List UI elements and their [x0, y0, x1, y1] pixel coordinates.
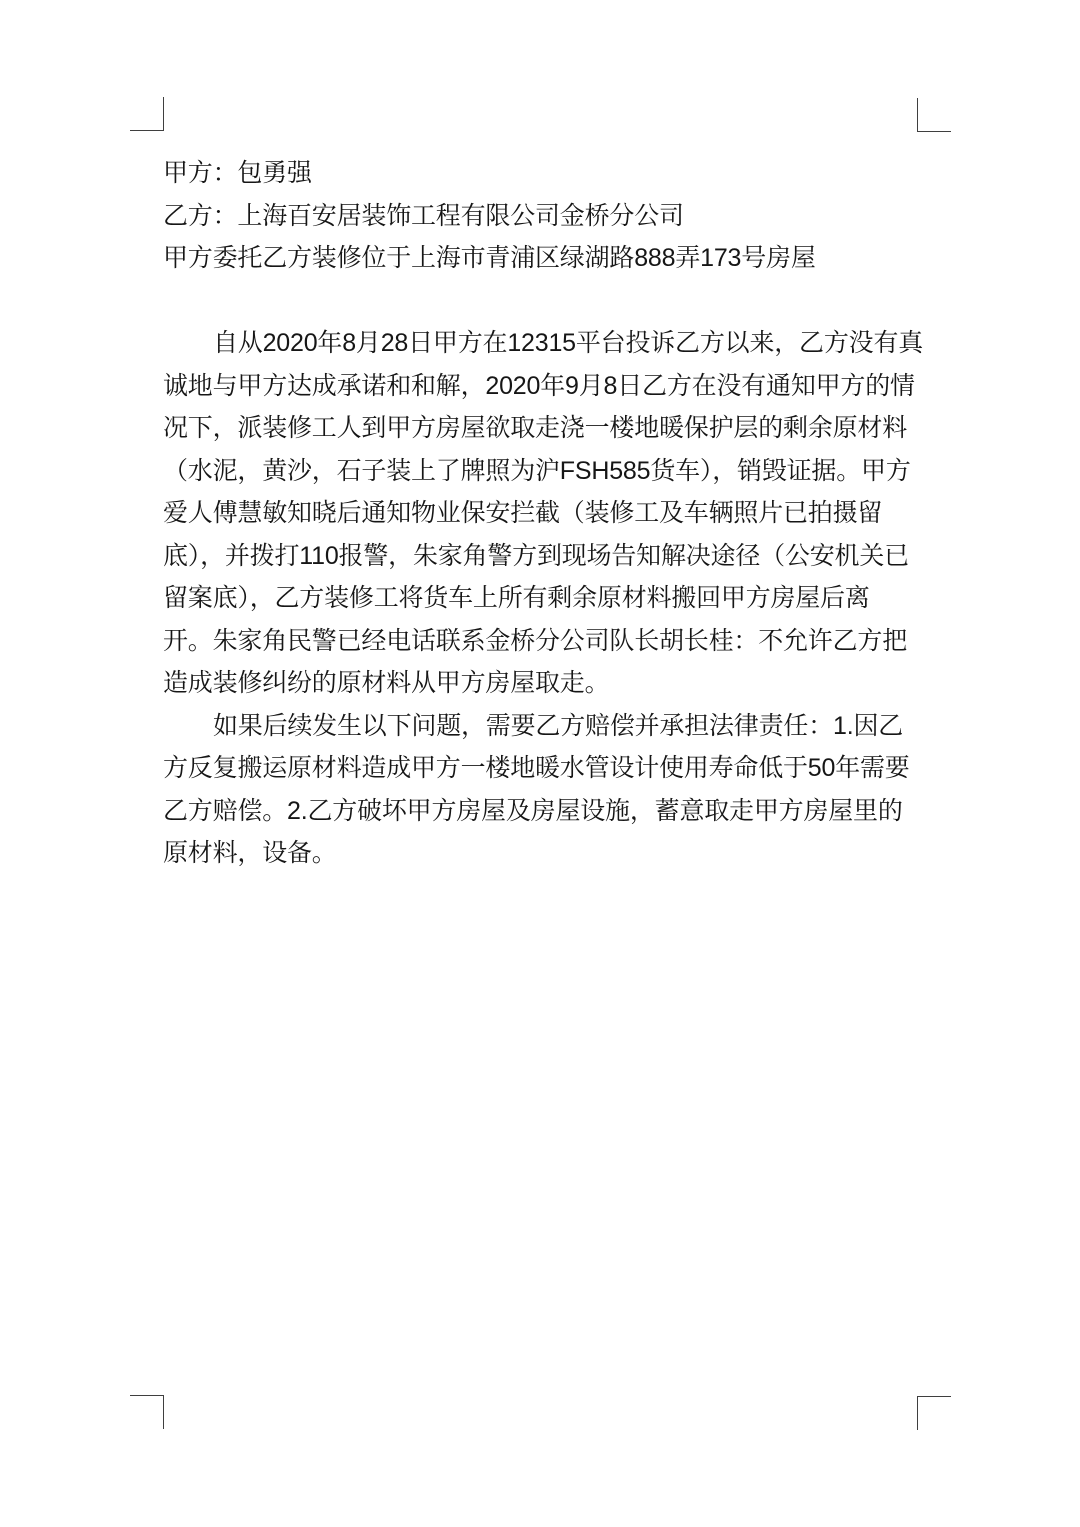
text-line: 开。朱家角民警已经电话联系金桥分公司队长胡长桂：不允许乙方把	[163, 620, 963, 663]
text-line: 底），并拨打110报警，朱家角警方到现场告知解决途径（公安机关已	[163, 535, 963, 578]
header-line: 甲方委托乙方装修位于上海市青浦区绿湖路888弄173号房屋	[163, 237, 963, 280]
header-line: 乙方：上海百安居装饰工程有限公司金桥分公司	[163, 195, 963, 238]
text-line: 诚地与甲方达成承诺和和解，2020年9月8日乙方在没有通知甲方的情	[163, 365, 963, 408]
document-text: 甲方：包勇强乙方：上海百安居装饰工程有限公司金桥分公司甲方委托乙方装修位于上海市…	[163, 152, 963, 875]
crop-mark-bottom-right-icon	[917, 1396, 951, 1430]
text-line: 原材料，设备。	[163, 832, 963, 875]
text-line: （水泥，黄沙，石子装上了牌照为沪FSH585货车），销毁证据。甲方	[163, 450, 963, 493]
blank-line	[163, 280, 963, 323]
text-line: 造成装修纠纷的原材料从甲方房屋取走。	[163, 662, 963, 705]
text-line: 乙方赔偿。2.乙方破坏甲方房屋及房屋设施，蓄意取走甲方房屋里的	[163, 790, 963, 833]
document-page: { "page": { "background_color": "#ffffff…	[0, 0, 1080, 1527]
paragraph: 如果后续发生以下问题，需要乙方赔偿并承担法律责任：1.因乙方反复搬运原材料造成甲…	[163, 705, 963, 875]
paragraph: 自从2020年8月28日甲方在12315平台投诉乙方以来，乙方没有真诚地与甲方达…	[163, 322, 963, 705]
text-line: 爱人傅慧敏知晓后通知物业保安拦截（装修工及车辆照片已拍摄留	[163, 492, 963, 535]
text-line: 方反复搬运原材料造成甲方一楼地暖水管设计使用寿命低于50年需要	[163, 747, 963, 790]
text-line: 留案底），乙方装修工将货车上所有剩余原材料搬回甲方房屋后离	[163, 577, 963, 620]
text-line: 自从2020年8月28日甲方在12315平台投诉乙方以来，乙方没有真	[163, 322, 963, 365]
crop-mark-bottom-left-icon	[130, 1395, 164, 1429]
text-line: 如果后续发生以下问题，需要乙方赔偿并承担法律责任：1.因乙	[163, 705, 963, 748]
crop-mark-top-left-icon	[130, 97, 164, 131]
text-line: 况下，派装修工人到甲方房屋欲取走浇一楼地暖保护层的剩余原材料	[163, 407, 963, 450]
header-line: 甲方：包勇强	[163, 152, 963, 195]
crop-mark-top-right-icon	[917, 98, 951, 132]
